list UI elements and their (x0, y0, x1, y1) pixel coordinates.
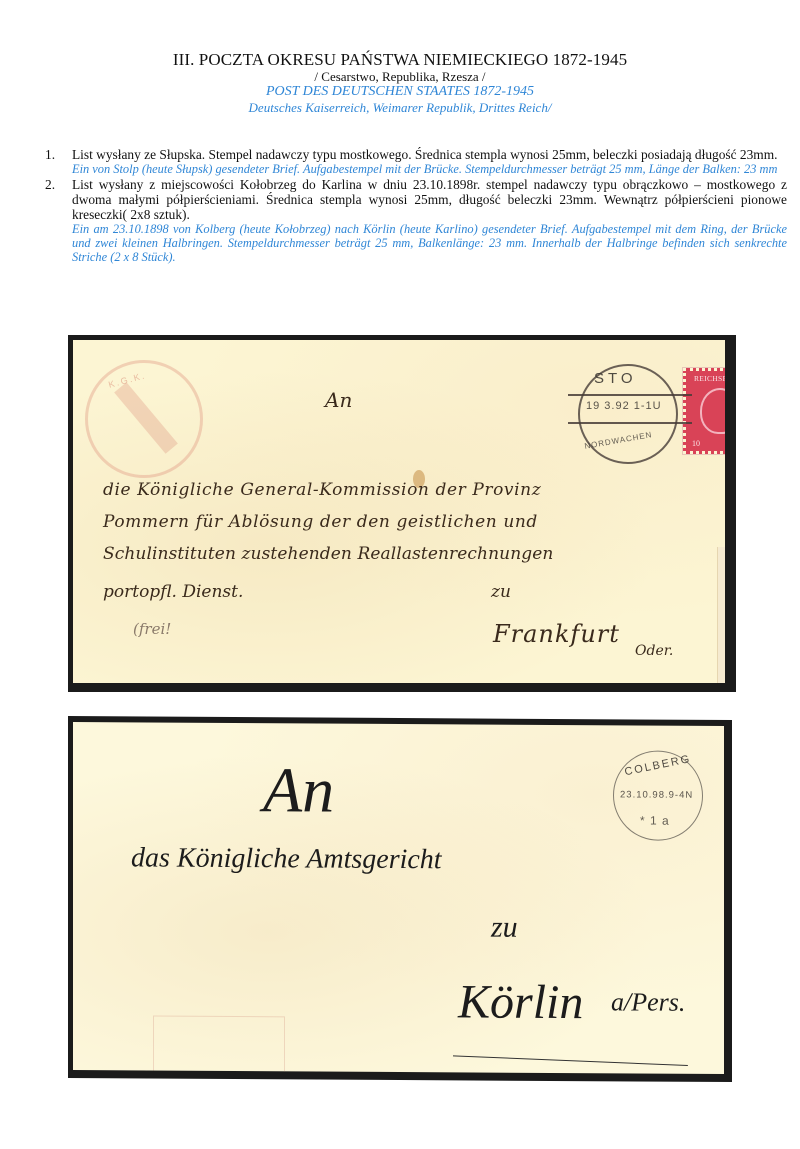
handwritten-zu: zu (491, 582, 511, 602)
handwritten-address-line: das Königliche Amtsgericht (131, 842, 442, 876)
page-title: III. POCZTA OKRESU PAŃSTWA NIEMIECKIEGO … (0, 50, 800, 69)
postmark-date: 19 3.92 1-1U (586, 400, 662, 412)
item-number: 2. (45, 177, 55, 193)
postmark-bar (568, 422, 692, 424)
page-subtitle: / Cesarstwo, Republika, Rzesza / (0, 69, 800, 84)
envelope-mount-2: COLBERG 23.10.98.9-4N * 1 a An das König… (68, 716, 732, 1082)
eagle-icon (700, 388, 725, 434)
handwritten-city-suffix: Oder. (635, 643, 673, 659)
postmark-city: COLBERG (623, 753, 692, 778)
stamp-label: REICHSPOST (686, 374, 725, 383)
handwritten-address-line: Pommern für Ablösung der den geistlichen… (103, 512, 538, 532)
address-underline (453, 1055, 688, 1066)
red-seal-stamp: K.G.K. (85, 360, 203, 478)
handwritten-zu: zu (491, 911, 518, 945)
handwritten-city: Körlin (458, 974, 583, 1030)
description-list: 1. List wysłany ze Słupska. Stempel nada… (45, 147, 787, 264)
item-description-polish: List wysłany z miejscowości Kołobrzeg do… (72, 177, 787, 222)
faint-box-stamp (153, 1016, 285, 1074)
page-header: III. POCZTA OKRESU PAŃSTWA NIEMIECKIEGO … (0, 50, 800, 115)
postmark-bottom: * 1 a (640, 813, 670, 827)
item-description-polish: List wysłany ze Słupska. Stempel nadawcz… (72, 147, 787, 162)
handwritten-city: Frankfurt (493, 620, 620, 648)
list-item: 1. List wysłany ze Słupska. Stempel nada… (45, 147, 787, 176)
postage-stamp: REICHSPOST 10 PF. (683, 368, 725, 454)
postmark-stolp: STO 19 3.92 1-1U NORDWACHEN (578, 364, 678, 464)
red-seal-text: K.G.K. (107, 370, 147, 390)
envelope-flap-edge (717, 547, 725, 683)
envelope-kolberg: COLBERG 23.10.98.9-4N * 1 a An das König… (73, 722, 724, 1074)
handwritten-address-line: die Königliche General-Kommission der Pr… (103, 480, 541, 500)
handwritten-frei: (frei! (133, 620, 171, 638)
postmark-colberg: COLBERG 23.10.98.9-4N * 1 a (613, 750, 703, 841)
envelope-stolp: K.G.K. REICHSPOST 10 PF. STO 19 3.92 1-1… (73, 340, 725, 683)
item-description-german: Ein am 23.10.1898 von Kolberg (heute Koł… (72, 222, 787, 264)
item-description-german: Ein von Stolp (heute Słupsk) gesendeter … (72, 162, 787, 176)
handwritten-address-line: Schulinstituten zustehenden Reallastenre… (103, 544, 553, 564)
postmark-date: 23.10.98.9-4N (620, 789, 693, 800)
envelope-mount-1: K.G.K. REICHSPOST 10 PF. STO 19 3.92 1-1… (68, 335, 736, 692)
item-number: 1. (45, 147, 55, 163)
page-subtitle-german: Deutsches Kaiserreich, Weimarer Republik… (0, 100, 800, 115)
handwritten-salutation: An (263, 753, 334, 827)
postmark-region: NORDWACHEN (584, 430, 653, 451)
handwritten-salutation: An (325, 388, 352, 412)
stamp-number: 10 (692, 439, 700, 448)
list-item: 2. List wysłany z miejscowości Kołobrzeg… (45, 177, 787, 264)
postmark-bar (568, 394, 692, 396)
postmark-city: STO (594, 370, 637, 387)
handwritten-note: portopfl. Dienst. (103, 582, 243, 602)
handwritten-city-suffix: a/Pers. (611, 987, 685, 1017)
page-title-german: POST DES DEUTSCHEN STAATES 1872-1945 (0, 84, 800, 100)
